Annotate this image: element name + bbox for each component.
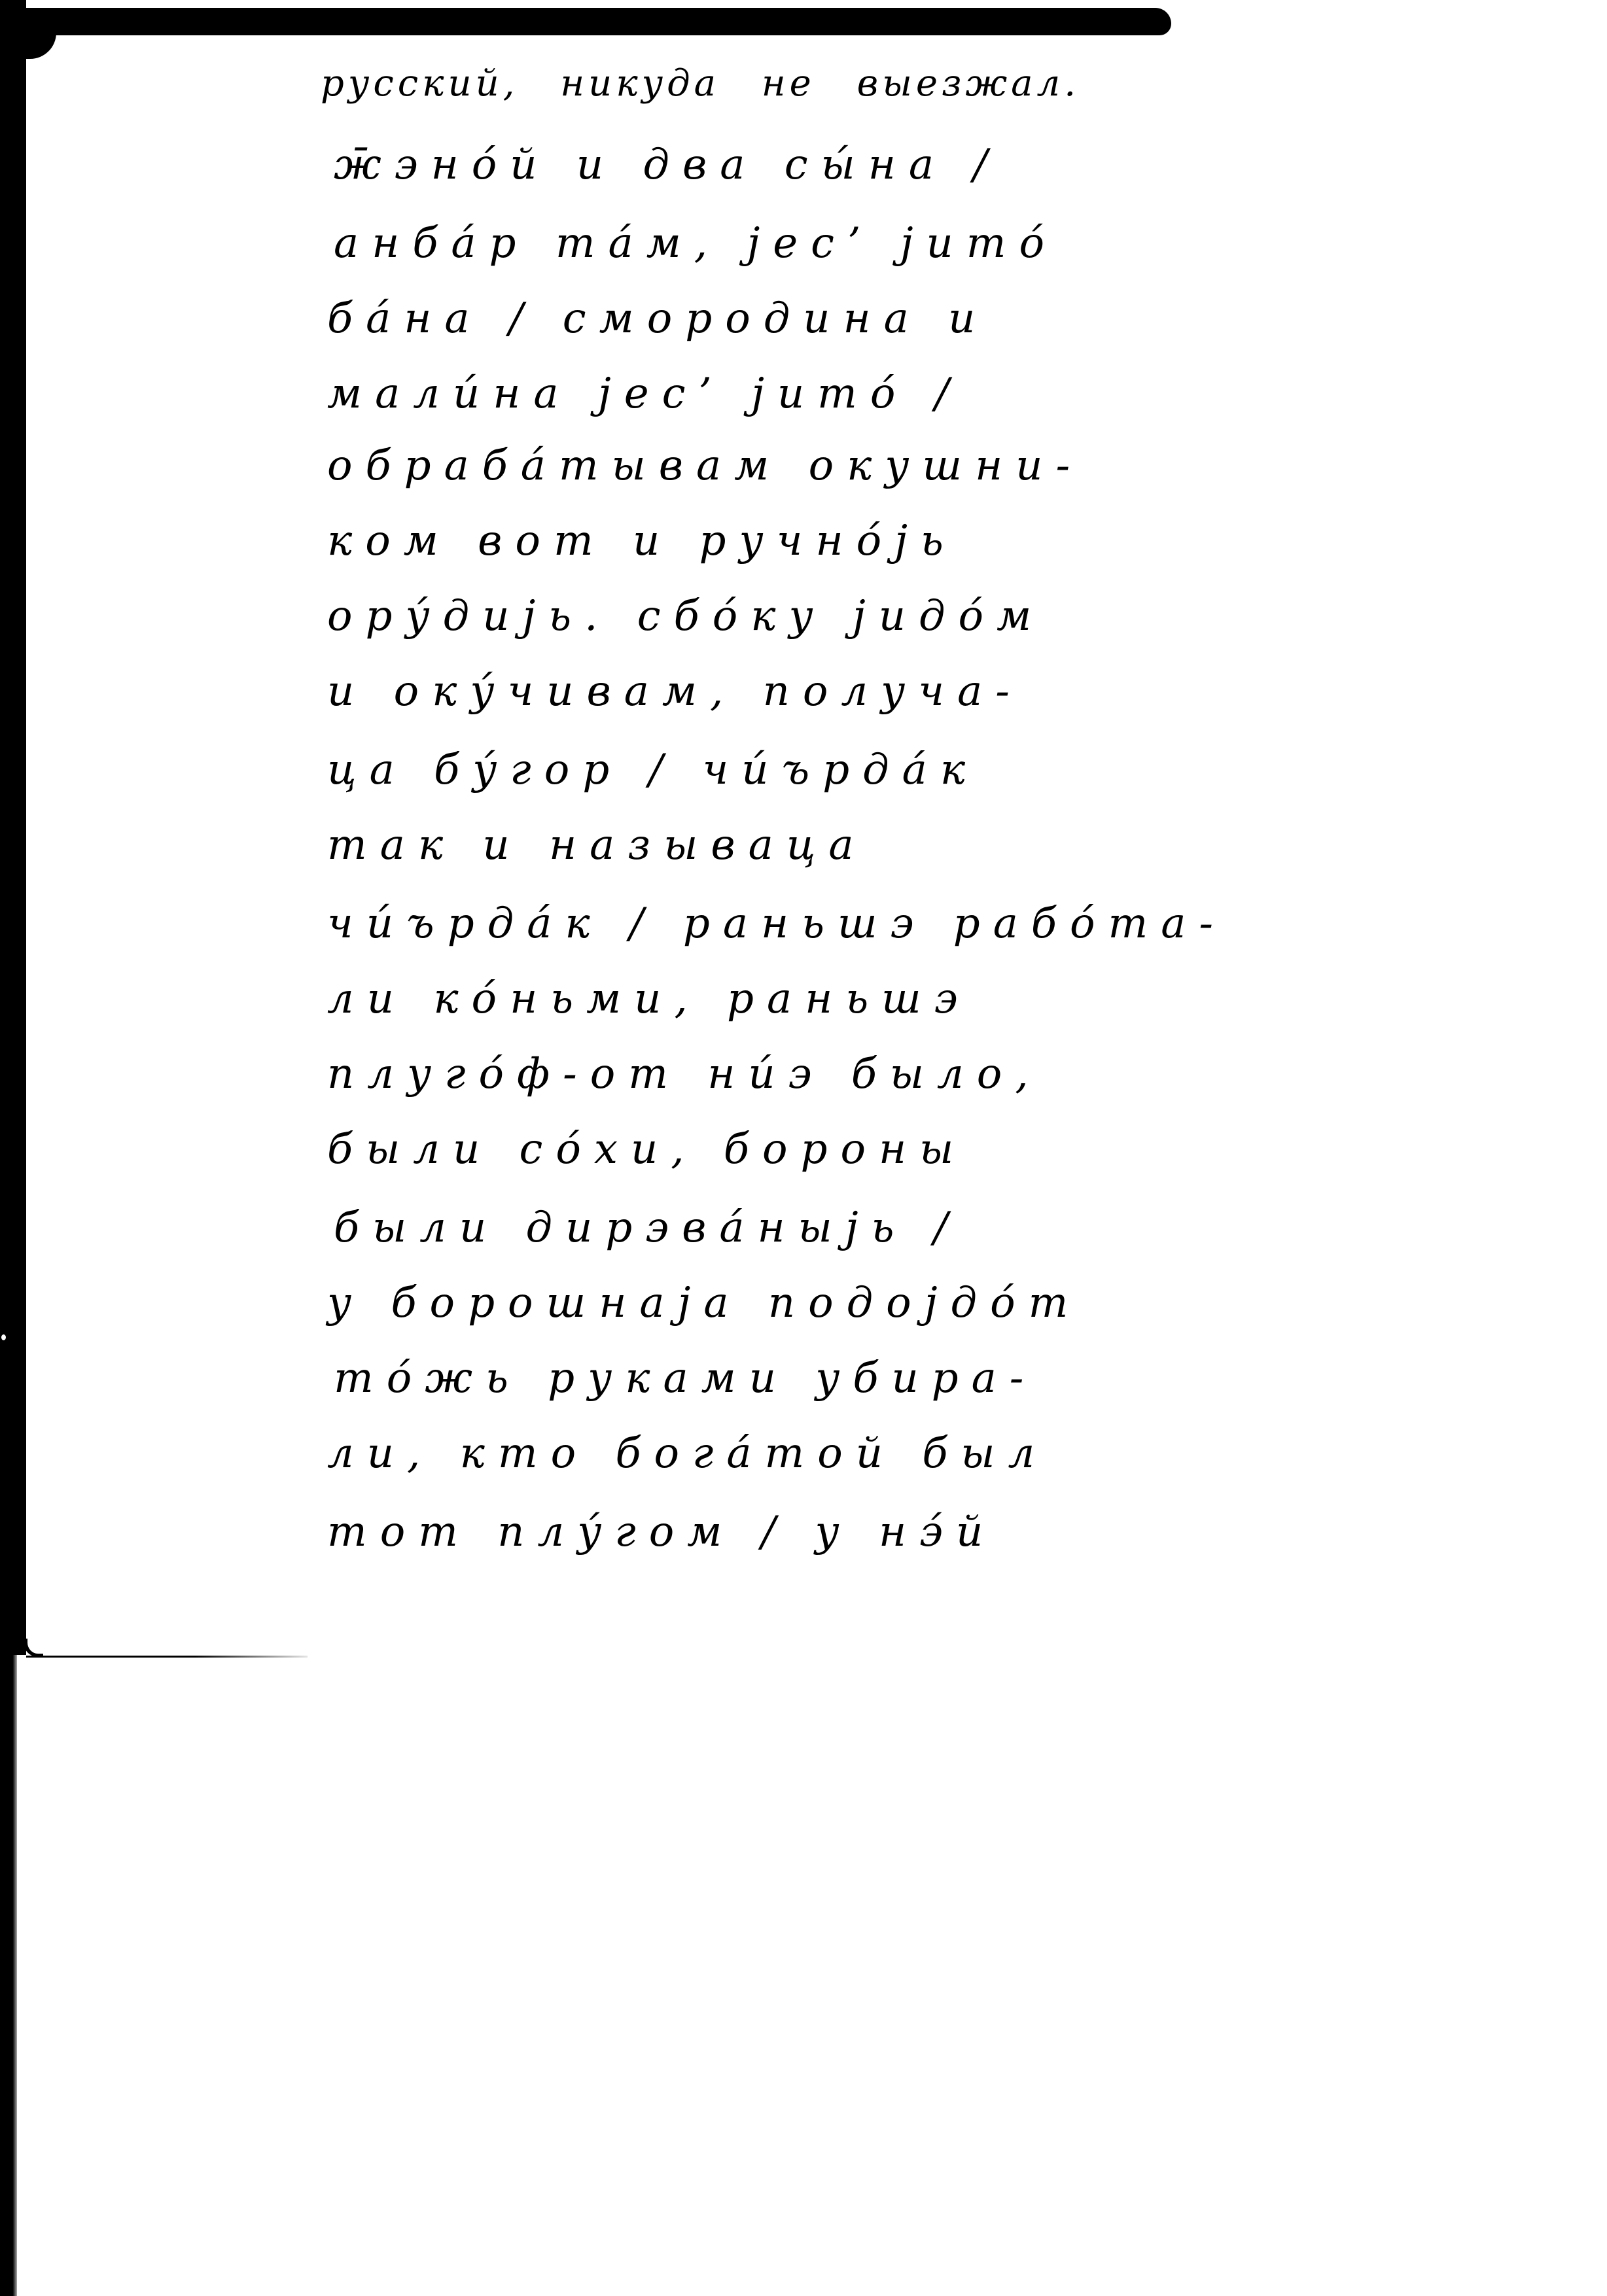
text-line-7: ком вот и ручнójь: [327, 520, 957, 562]
text-line-17: у борошнаjа подоjдóт: [327, 1282, 1081, 1324]
text-line-13: ли кóньми, раньшэ: [327, 978, 971, 1020]
text-line-12: чи́ърдáк / раньшэ рабóта-: [327, 903, 1226, 945]
scan-border-left: [0, 0, 26, 1655]
text-line-4: ба́на / смородина и: [327, 298, 988, 339]
text-line-8: ору́диjь. сбóку jидóм: [327, 595, 1044, 637]
text-line-10: ца бу́гор / чи́ърдáк: [327, 749, 978, 791]
scan-speck: [1, 1334, 6, 1340]
text-line-11: так и называца: [327, 824, 867, 866]
text-line-18: тóжь руками убира-: [334, 1357, 1036, 1399]
text-line-15: были сóхи, бороны: [327, 1128, 966, 1170]
page-bottom-edge: [26, 1656, 308, 1658]
page-bottom-corner: [24, 1639, 43, 1657]
scan-border-top: [0, 8, 1171, 35]
scan-border-left-lower: [0, 1645, 17, 2296]
text-line-1: русский, никуда не выезжал.: [321, 65, 1080, 102]
scan-border-corner: [24, 33, 56, 59]
text-line-9: и оку́чивам, получа-: [327, 670, 1023, 712]
text-line-19: ли, кто богáтой был: [327, 1433, 1048, 1474]
text-line-2: ж̄энóй и два сы́на /: [334, 144, 1000, 186]
text-line-14: плугóф-от ни́э было,: [327, 1053, 1042, 1095]
text-line-20: тот плу́гом / у нэ́й: [327, 1511, 996, 1553]
text-line-16: были дирэвáныjь /: [334, 1207, 961, 1249]
text-line-6: обраба́тывам окушни-: [327, 445, 1083, 487]
text-line-5: мали́на jес’ jитó /: [327, 373, 962, 415]
text-line-3: анба́р та́м, jес’ jито́: [334, 222, 1057, 264]
